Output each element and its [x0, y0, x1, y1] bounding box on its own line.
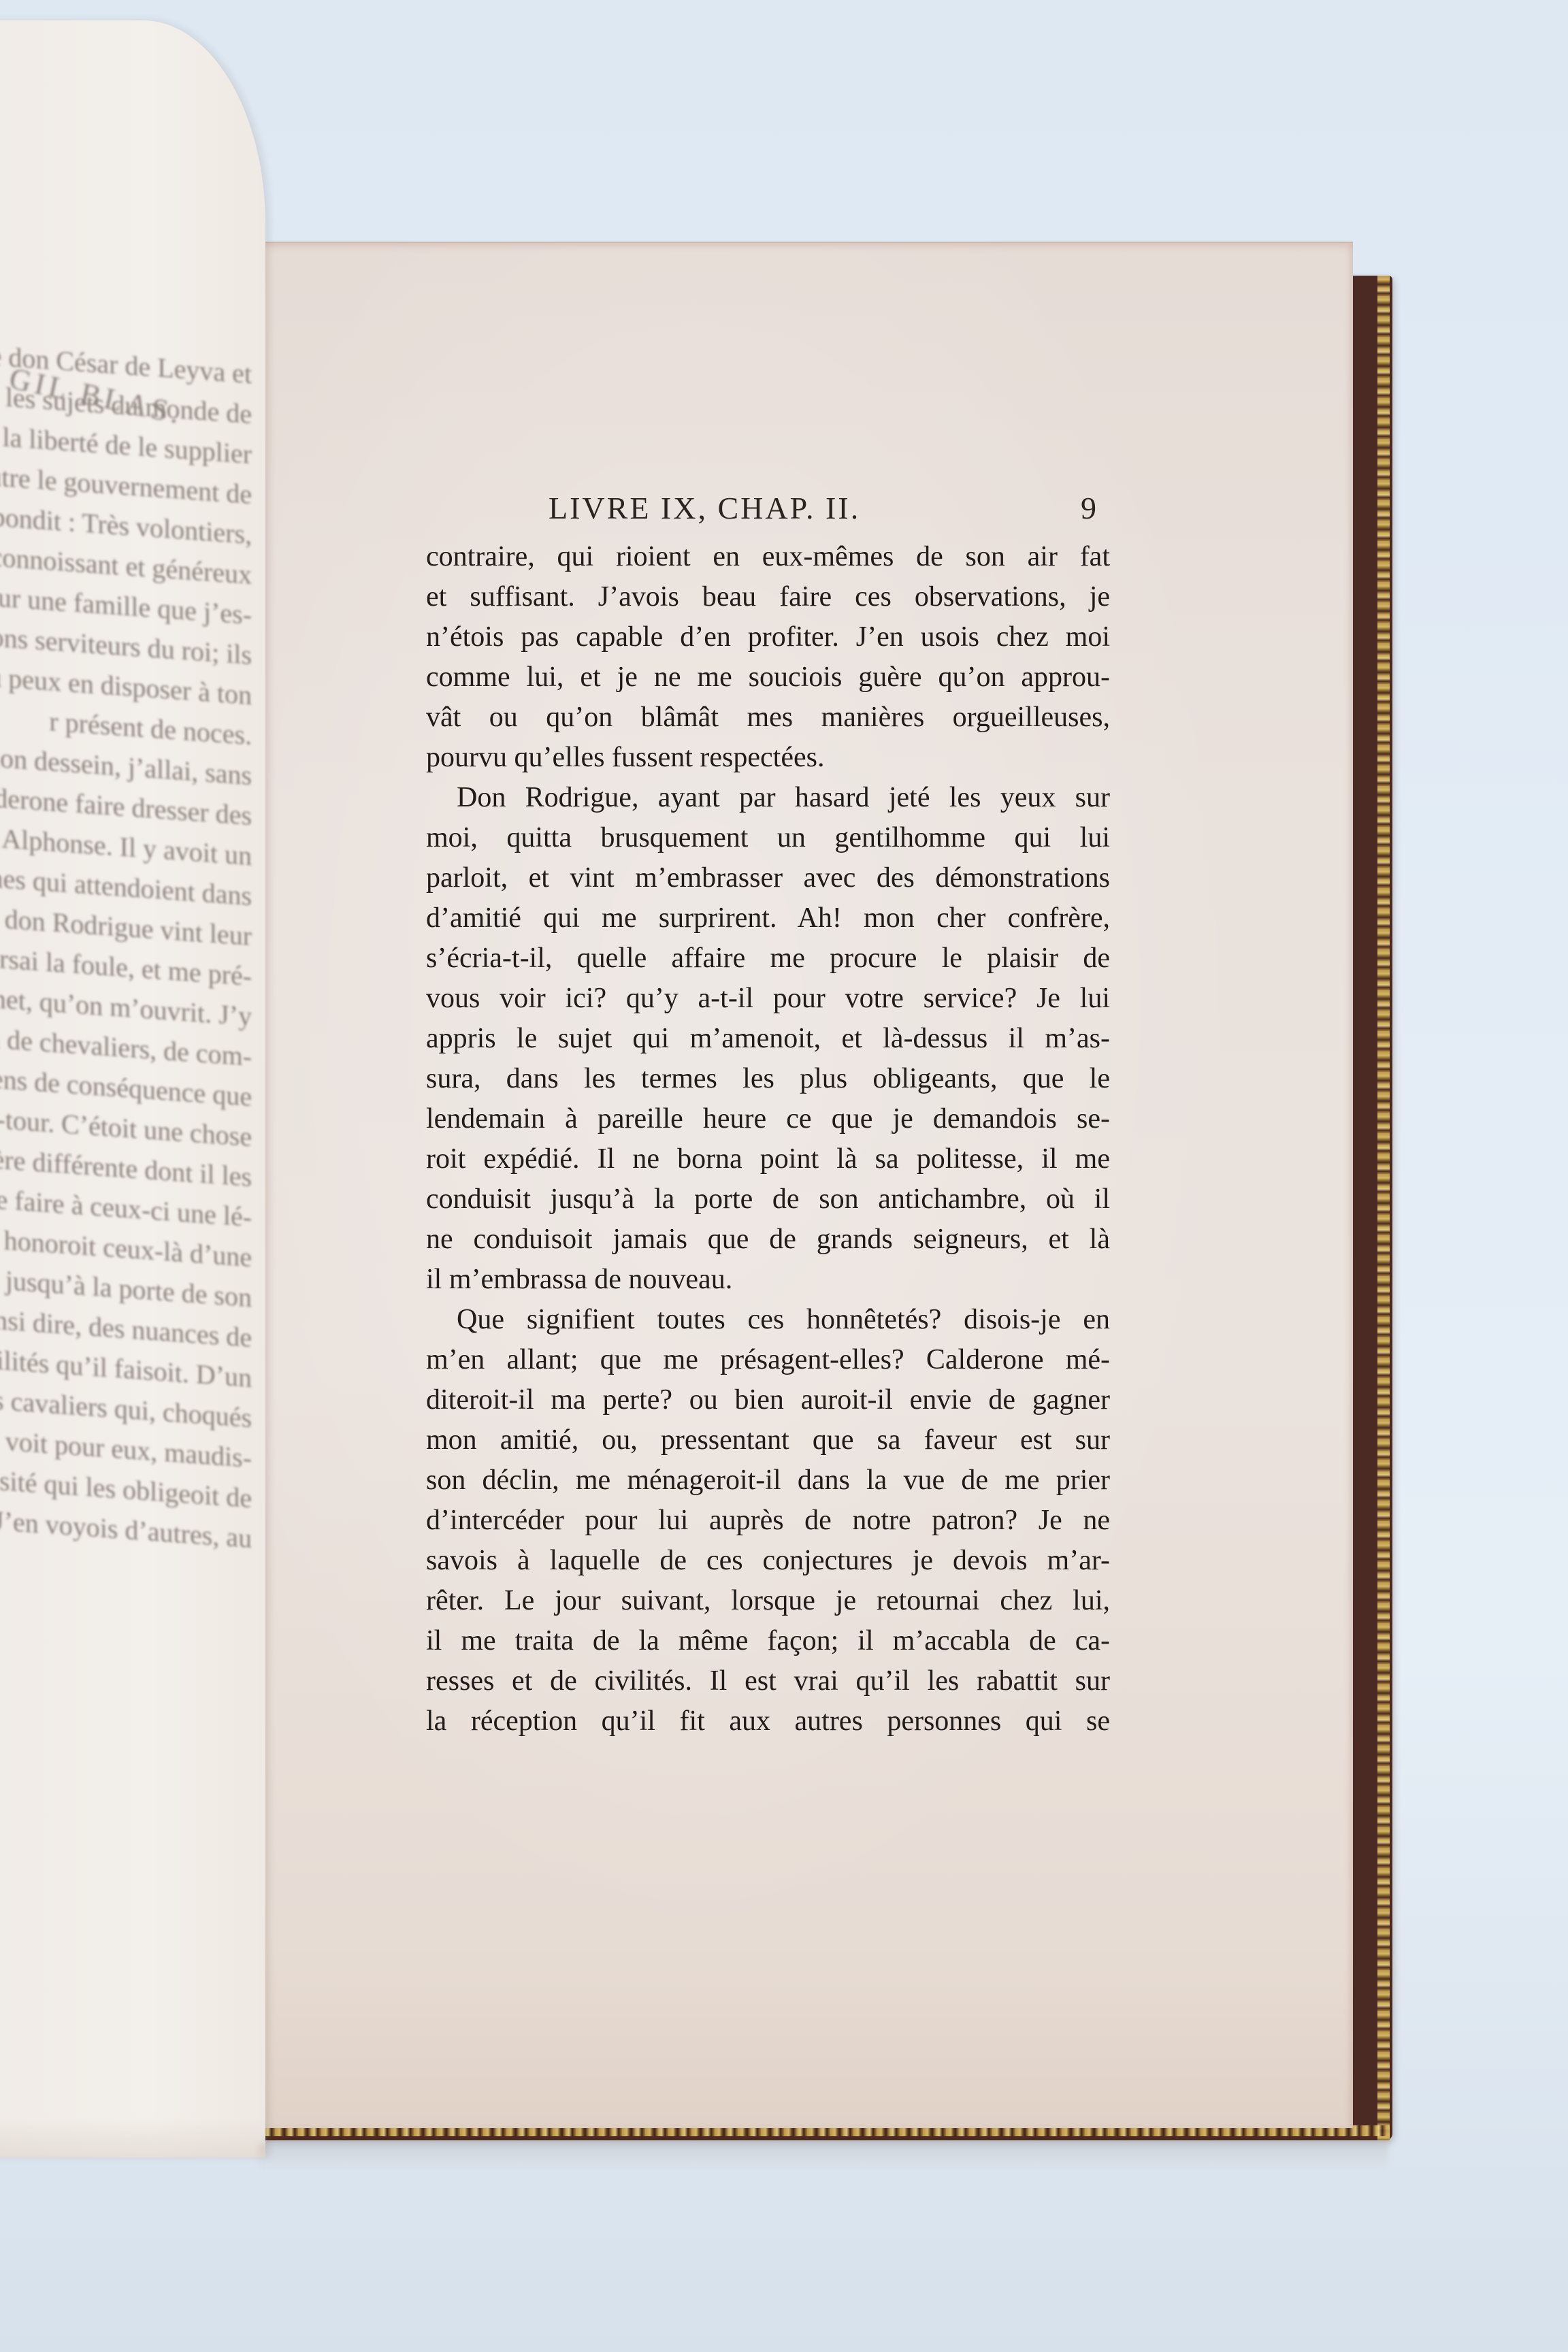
text-line: moi, quitta brusquement un gentilhomme q… — [426, 818, 1110, 858]
text-line: roit expédié. Il ne borna point là sa po… — [426, 1139, 1110, 1179]
text-line: Don Rodrigue, ayant par hasard jeté les … — [426, 778, 1110, 818]
gilt-border-right — [1377, 276, 1390, 2140]
running-title: LIVRE IX, CHAP. II. — [549, 490, 860, 526]
text-line: pourvu qu’elles fussent respectées. — [426, 738, 1110, 778]
text-line: d’intercéder pour lui auprès de notre pa… — [426, 1501, 1110, 1541]
text-line: d’amitié qui me surprirent. Ah! mon cher… — [426, 898, 1110, 938]
body-text: contraire, qui rioient en eux-mêmes de s… — [426, 537, 1110, 1742]
text-line: comme lui, et je ne me souciois guère qu… — [426, 657, 1110, 698]
text-line: et suffisant. J’avois beau faire ces obs… — [426, 577, 1110, 617]
text-line: lendemain à pareille heure ce que je dem… — [426, 1099, 1110, 1139]
running-head: LIVRE IX, CHAP. II. 9 — [264, 490, 1353, 531]
text-line: ne conduisoit jamais que de grands seign… — [426, 1220, 1110, 1260]
text-line: vât ou qu’on blâmât mes manières orgueil… — [426, 698, 1110, 738]
text-line: il me traita de la même façon; il m’acca… — [426, 1621, 1110, 1661]
page-number: 9 — [1081, 490, 1096, 526]
table-reflection — [259, 2144, 1388, 2171]
right-page: LIVRE IX, CHAP. II. 9 contraire, qui rio… — [264, 242, 1353, 2128]
text-line: diteroit-il ma perte? ou bien auroit-il … — [426, 1380, 1110, 1420]
left-page: GIL BLAS. ndant de don César de Leyva et… — [0, 20, 265, 2157]
text-line: il m’embrassa de nouveau. — [426, 1260, 1110, 1300]
text-line: vous voir ici? qu’y a-t-il pour votre se… — [426, 979, 1110, 1019]
left-body-text: ndant de don César de Leyva etnt tous le… — [0, 334, 252, 1558]
text-line: m’en allant; que me présagent-elles? Cal… — [426, 1340, 1110, 1380]
text-line: s’écria-t-il, quelle affaire me procure … — [426, 938, 1110, 979]
text-line: rêter. Le jour suivant, lorsque je retou… — [426, 1581, 1110, 1621]
text-line: parloit, et vint m’embrasser avec des dé… — [426, 858, 1110, 898]
text-line: la réception qu’il fit aux autres person… — [426, 1701, 1110, 1742]
text-line: contraire, qui rioient en eux-mêmes de s… — [426, 537, 1110, 577]
text-line: conduisit jusqu’à la porte de son antich… — [426, 1179, 1110, 1220]
text-line: Que signifient toutes ces honnêtetés? di… — [426, 1300, 1110, 1340]
text-line: son déclin, me ménageroit-il dans la vue… — [426, 1460, 1110, 1501]
text-line: n’étois pas capable d’en profiter. J’en … — [426, 617, 1110, 657]
text-line: resses et de civilités. Il est vrai qu’i… — [426, 1661, 1110, 1701]
text-line: mon amitié, ou, pressentant que sa faveu… — [426, 1420, 1110, 1460]
text-line: sura, dans les termes les plus obligeant… — [426, 1059, 1110, 1099]
text-line: appris le sujet qui m’amenoit, et là-des… — [426, 1019, 1110, 1059]
text-line: savois à laquelle de ces conjectures je … — [426, 1541, 1110, 1581]
